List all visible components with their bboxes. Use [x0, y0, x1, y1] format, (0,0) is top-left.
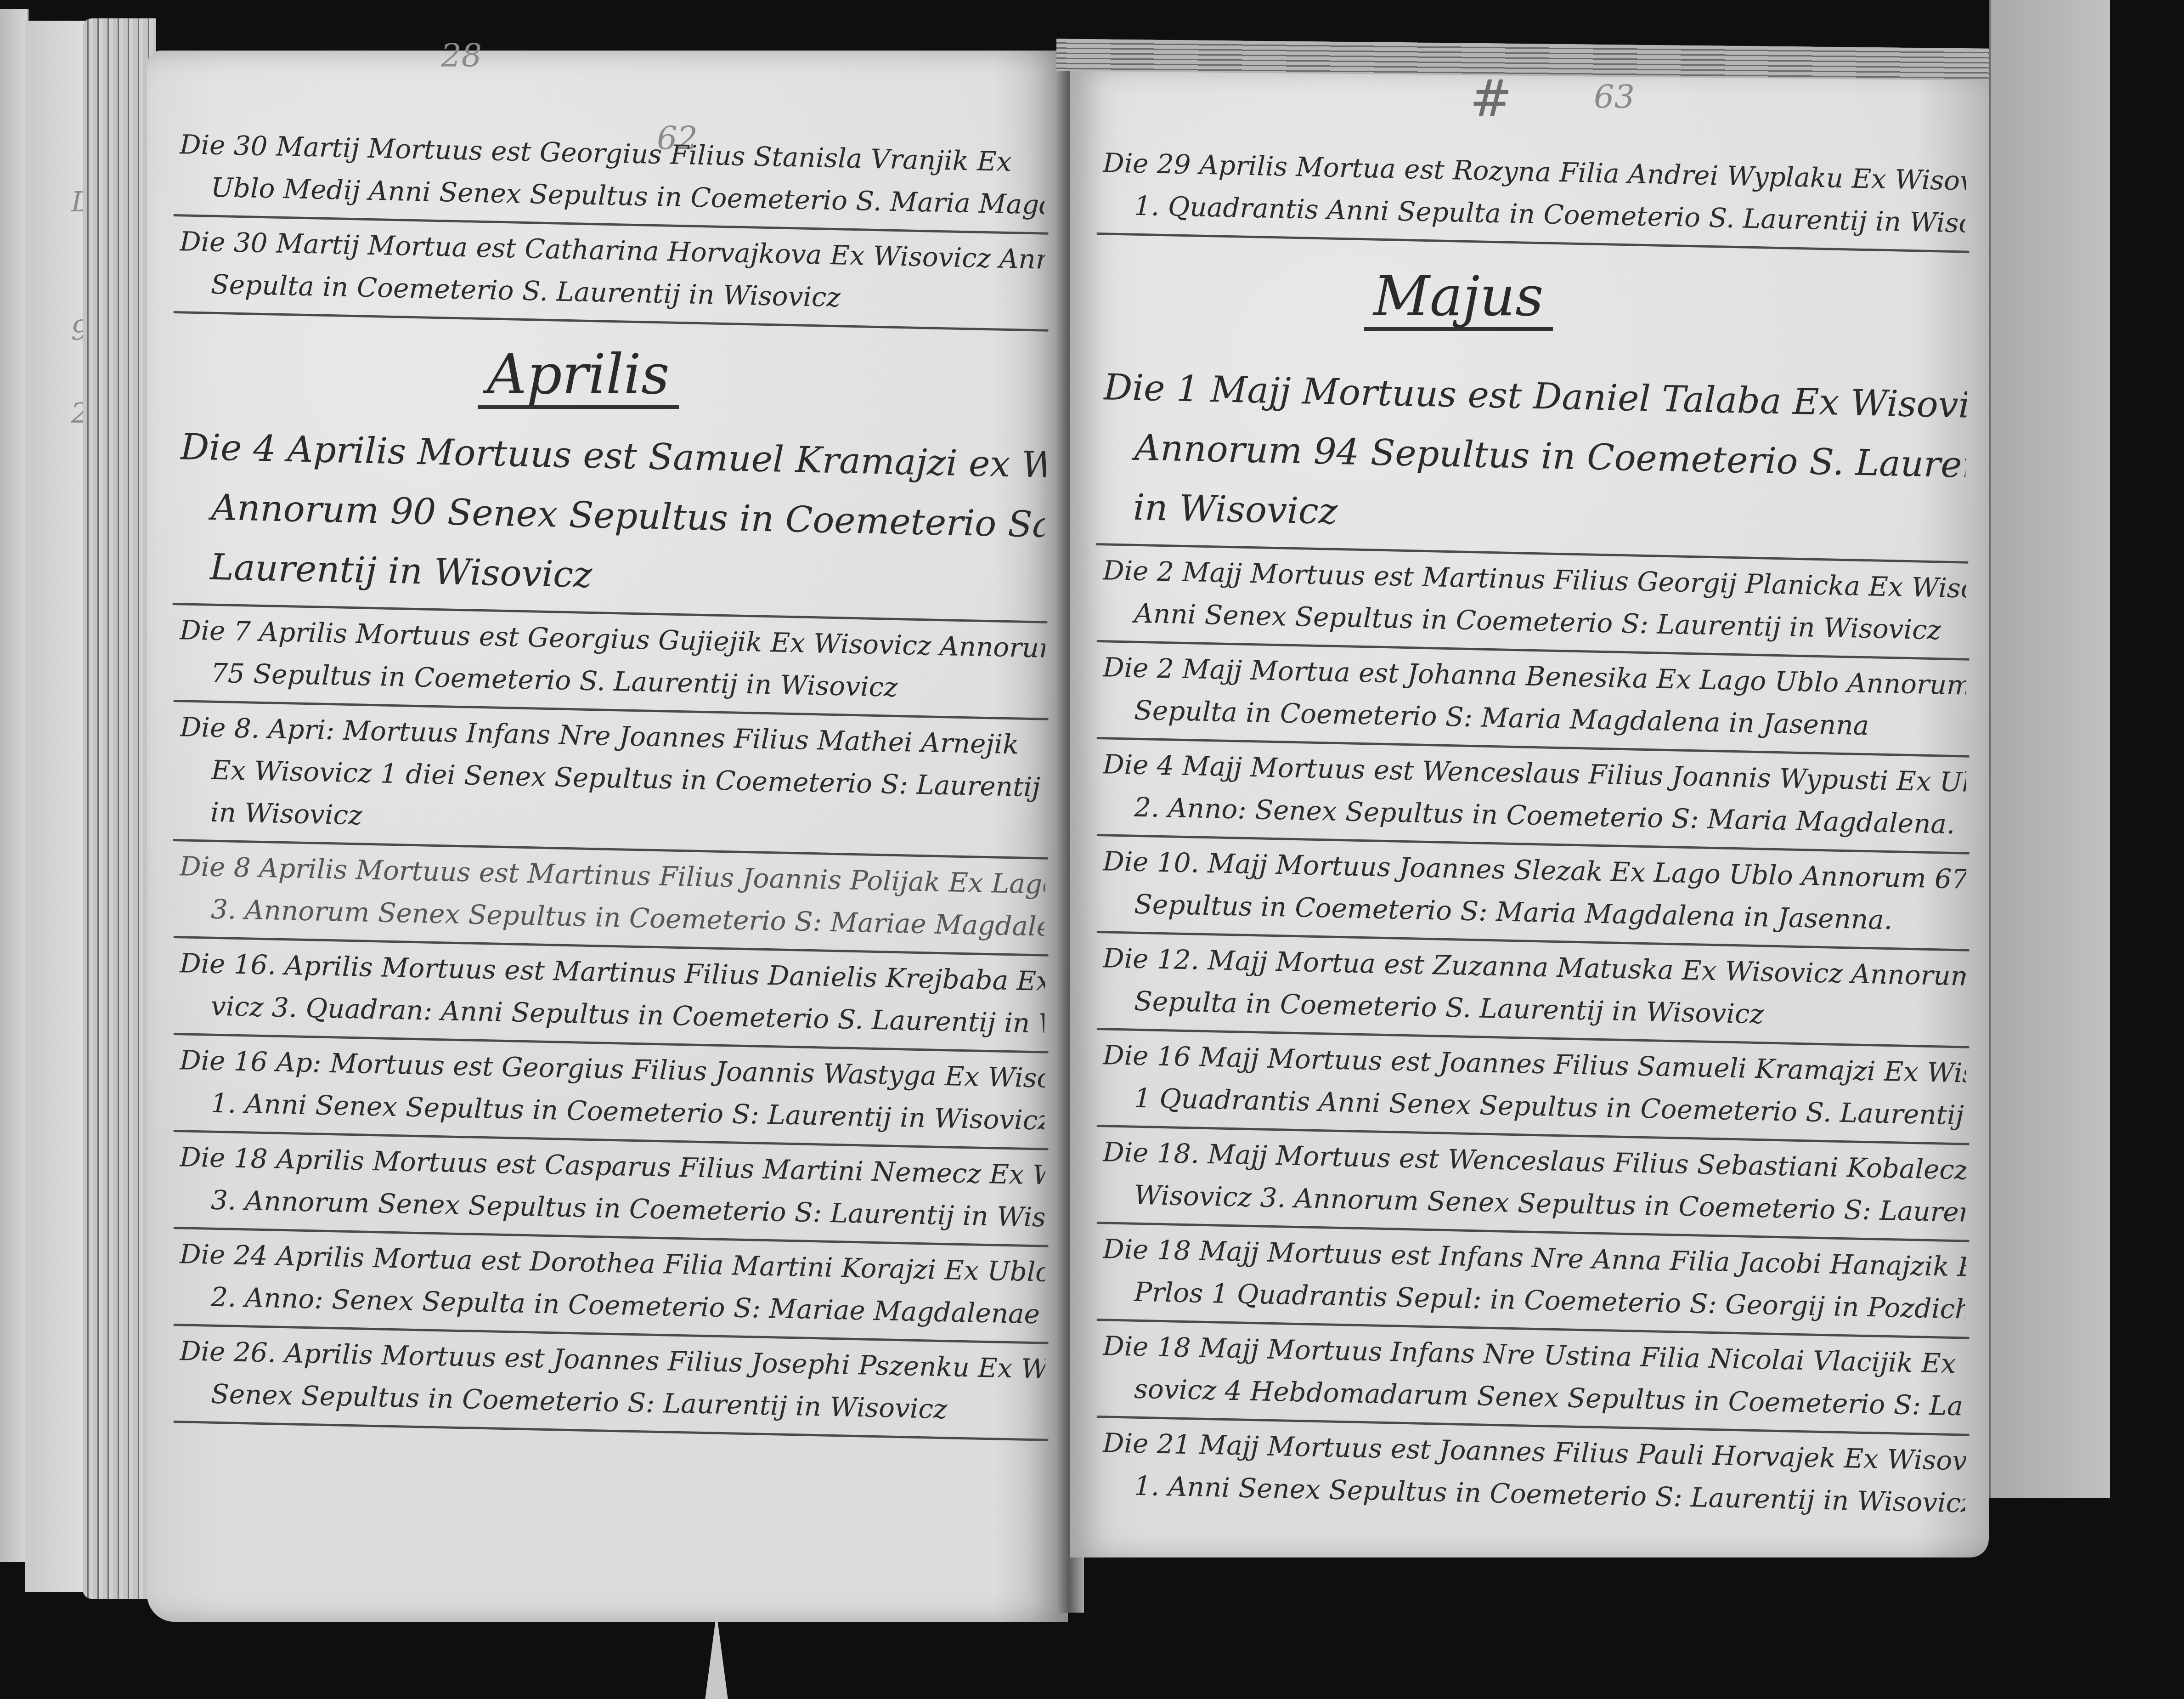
- entries-may: Die 1 Majj Mortuus est Daniel Talaba Ex …: [1098, 354, 1970, 1512]
- book-spread: Di 9 22 28 62 Die 30 Martij Mortuus est …: [0, 0, 2184, 1699]
- register-entry: Die 4 Aprilis Mortuus est Samuel Kramajz…: [173, 413, 1051, 623]
- register-entry: Die 18 Majj Mortuus est Infans Nre Anna …: [1097, 1224, 1971, 1339]
- register-entry: Die 2 Majj Mortuus est Martinus Filius G…: [1097, 545, 1971, 661]
- register-entry: Die 2 Majj Mortua est Johanna Benesika E…: [1097, 642, 1971, 758]
- left-page: 28 62 Die 30 Martij Mortuus est Georgius…: [147, 51, 1068, 1622]
- register-entry: Die 12. Majj Mortua est Zuzanna Matuska …: [1097, 933, 1971, 1048]
- month-heading-may: Majus: [1364, 266, 1553, 331]
- page-stack-edge: [83, 18, 156, 1599]
- register-entry: Die 10. Majj Mortuus Joannes Slezak Ex L…: [1097, 836, 1971, 951]
- right-page: # 63 Die 29 Aprilis Mortua est Rozyna Fi…: [1070, 69, 1989, 1557]
- register-entry: Die 16 Majj Mortuus est Joannes Filius S…: [1097, 1030, 1971, 1145]
- register-entry: Die 16. Aprilis Mortuus est Martinus Fil…: [174, 938, 1050, 1053]
- previous-leaf-edge: [0, 9, 29, 1562]
- right-page-stack-edge: [1989, 0, 2110, 1498]
- register-entry: Die 16 Ap: Mortuus est Georgius Filius J…: [174, 1035, 1050, 1150]
- register-entry: Die 30 Martij Mortua est Catharina Horva…: [174, 216, 1050, 332]
- old-page-number: 28: [441, 37, 482, 74]
- register-entry: Die 1 Majj Mortuus est Daniel Talaba Ex …: [1096, 354, 1972, 564]
- page-number: 63: [1594, 78, 1635, 116]
- register-entry: Die 8 Aprilis Mortuus est Martinus Filiu…: [174, 841, 1050, 957]
- entries-april: Die 4 Aprilis Mortuus est Samuel Kramajz…: [175, 413, 1050, 1423]
- marker-hash: #: [1470, 69, 1512, 128]
- entries-end-april: Die 29 Aprilis Mortua est Rozyna Filia A…: [1098, 138, 1970, 235]
- register-entry: Die 18 Majj Mortuus Infans Nre Ustina Fi…: [1097, 1321, 1971, 1436]
- register-entry: Die 26. Aprilis Mortuus est Joannes Fili…: [174, 1326, 1050, 1441]
- previous-leaf: Di 9 22: [25, 21, 86, 1592]
- register-entry: Die 7 Aprilis Mortuus est Georgius Gujie…: [174, 605, 1050, 720]
- register-entry: Die 30 Martij Mortuus est Georgius Filiu…: [174, 119, 1050, 235]
- register-entry: Die 8. Apri: Mortuus Infans Nre Joannes …: [173, 702, 1051, 860]
- bookmark-ribbon: [705, 1613, 728, 1699]
- register-entry: Die 4 Majj Mortuus est Wenceslaus Filius…: [1097, 739, 1971, 855]
- register-entry: Die 24 Aprilis Mortua est Dorothea Filia…: [174, 1229, 1050, 1344]
- register-entry: Die 18. Majj Mortuus est Wenceslaus Fili…: [1097, 1127, 1971, 1242]
- register-entry: Die 18 Aprilis Mortuus est Casparus Fili…: [174, 1132, 1050, 1247]
- register-entry: Die 21 Majj Mortuus est Joannes Filius P…: [1097, 1418, 1971, 1531]
- entries-before-april: Die 30 Martij Mortuus est Georgius Filiu…: [175, 119, 1050, 313]
- register-entry: Die 29 Aprilis Mortua est Rozyna Filia A…: [1097, 138, 1971, 253]
- month-heading-april: Aprilis: [478, 345, 679, 409]
